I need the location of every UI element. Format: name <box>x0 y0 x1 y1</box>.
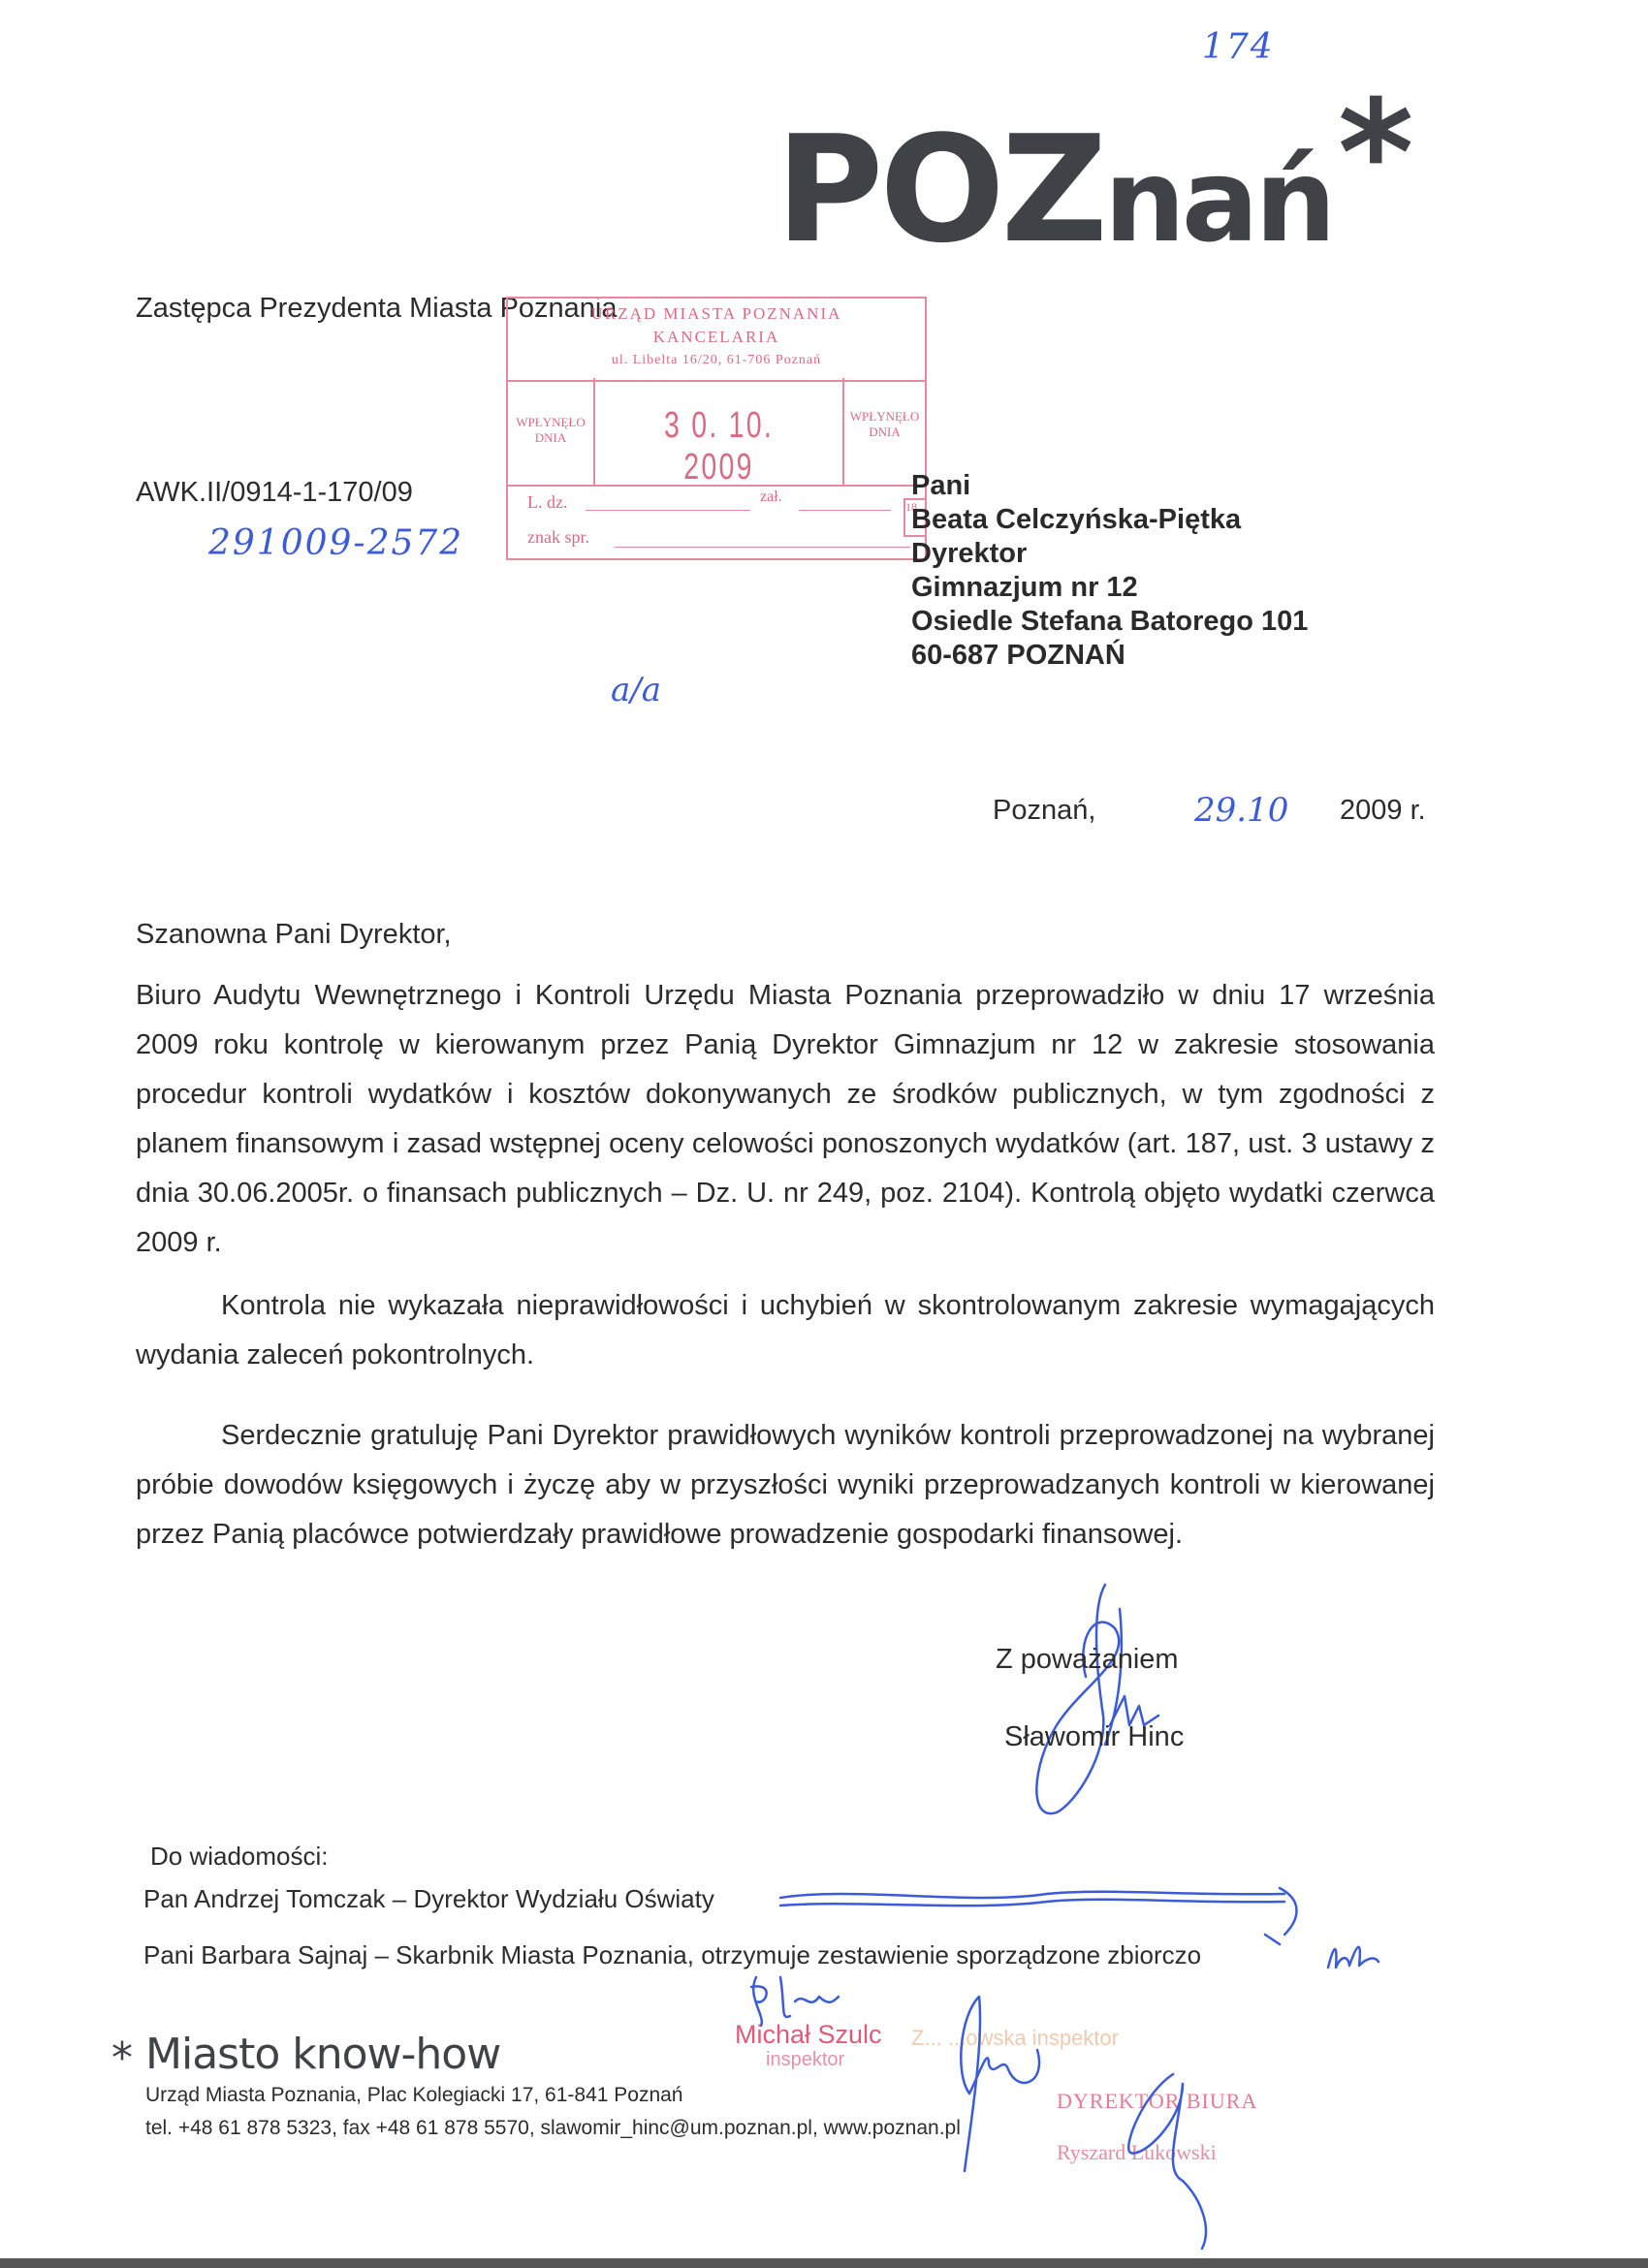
logo-star-icon: * <box>1338 81 1413 227</box>
stamp-ldz-line <box>586 510 750 511</box>
handwritten-date: 29.10 <box>1194 791 1288 830</box>
footer-address: Urząd Miasta Poznania, Plac Kolegiacki 1… <box>145 2084 683 2107</box>
stamp-address: ul. Libelta 16/20, 61-706 Poznań <box>508 349 925 372</box>
paragraph-1: Biuro Audytu Wewnętrznego i Kontroli Urz… <box>136 971 1435 1268</box>
signature-hinc <box>989 1570 1202 1832</box>
date-place: Poznań, <box>993 795 1095 826</box>
date-year: 2009 r. <box>1340 795 1426 827</box>
poznan-logo: POZnań <box>776 116 1332 264</box>
stamp-date-row: WPŁYNĘŁO DNIA 3 0. 10. 2009 WPŁYNĘŁO DNI… <box>508 378 925 487</box>
distribution-recipient: Pan Andrzej Tomczak – Dyrektor Wydziału … <box>143 1884 714 1914</box>
handwritten-note: a/a <box>611 671 661 709</box>
initials-handwriting <box>1318 1929 1396 1977</box>
received-stamp: URZĄD MIASTA POZNANIA KANCELARIA ul. Lib… <box>506 297 927 560</box>
stamp-ldz-label: L. dz. <box>527 492 567 513</box>
stamp-office: URZĄD MIASTA POZNANIA <box>508 302 925 326</box>
case-number: AWK.II/0914-1-170/09 <box>136 477 413 509</box>
recipient-salutation: Pani <box>911 469 1308 503</box>
stamp-inspector-name: Michał Szulc <box>735 2020 882 2050</box>
recipient-address: Pani Beata Celczyńska-Piętka Dyrektor Gi… <box>911 469 1308 673</box>
stamp-left-label: WPŁYNĘŁO DNIA <box>508 378 595 485</box>
recipient-name: Beata Celczyńska-Piętka <box>911 503 1308 537</box>
handwritten-register-number: 291009-2572 <box>208 523 463 563</box>
footer-star-icon: * <box>111 2033 133 2083</box>
recipient-city: 60-687 POZNAŃ <box>911 639 1308 673</box>
stamp-znak-line <box>615 547 910 548</box>
recipient-street: Osiedle Stefana Batorego 101 <box>911 605 1308 639</box>
stamp-department: KANCELARIA <box>508 326 925 349</box>
stamp-inspector-title: inspektor <box>766 2049 844 2071</box>
footer-contact: tel. +48 61 878 5323, fax +48 61 878 557… <box>145 2117 961 2140</box>
signatory-name: Sławomir Hinc <box>1004 1721 1184 1753</box>
stamp-zal-label: zał. <box>760 488 782 506</box>
recipient-institution: Gimnazjum nr 12 <box>911 571 1308 605</box>
signature-director <box>1105 2064 1241 2258</box>
closing: Z poważaniem <box>996 1644 1179 1676</box>
greeting: Szanowna Pani Dyrektor, <box>136 919 452 951</box>
logo-upper: POZ <box>776 104 1104 275</box>
stamp-znak-label: znak spr. <box>527 527 589 548</box>
paragraph-3: Serdecznie gratuluję Pani Dyrektor prawi… <box>136 1411 1435 1559</box>
distribution-recipient: Pani Barbara Sajnaj – Skarbnik Miasta Po… <box>143 1940 1201 1970</box>
recipient-position: Dyrektor <box>911 537 1308 571</box>
distribution-title: Do wiadomości: <box>150 1842 329 1872</box>
stamp-header: URZĄD MIASTA POZNANIA KANCELARIA ul. Lib… <box>508 299 925 382</box>
stamp-zal-line <box>799 510 891 511</box>
scan-edge <box>0 2258 1648 2268</box>
handwritten-page-number: 174 <box>1202 27 1275 67</box>
footer-tagline: Miasto know-how <box>145 2030 500 2079</box>
logo-lower: nań <box>1104 134 1333 268</box>
paragraph-2: Kontrola nie wykazała nieprawidłowości i… <box>136 1281 1435 1380</box>
date-line: Poznań, 29.10 2009 r. <box>993 795 1095 827</box>
stamp-date: 3 0. 10. 2009 <box>627 405 809 488</box>
